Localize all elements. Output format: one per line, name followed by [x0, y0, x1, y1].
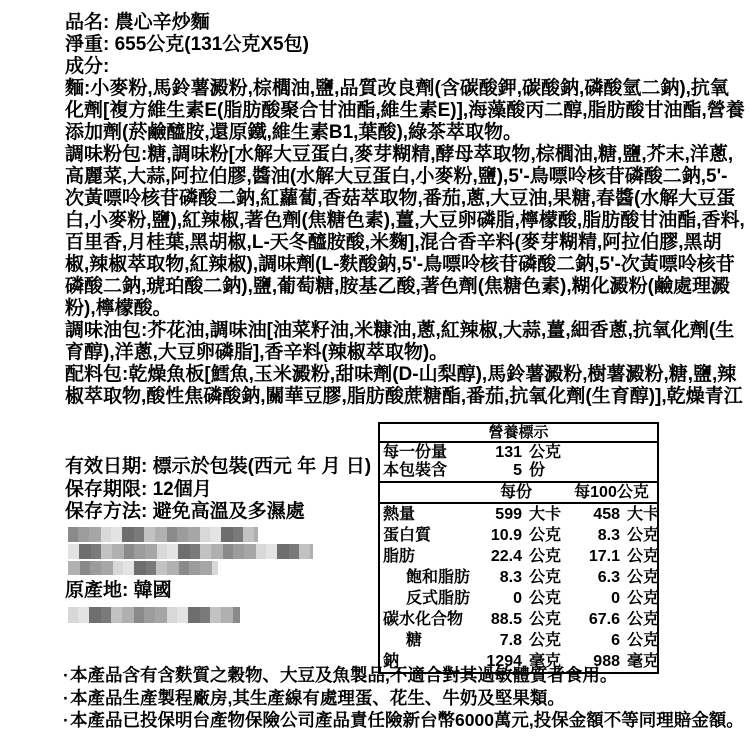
bullet-dot: ·	[63, 664, 70, 687]
notice-text: 本產品已投保明台產物保險公司產品責任險新台幣6000萬元,投保金額不等同理賠金額…	[70, 710, 744, 730]
per-serving-value: 10.9	[466, 525, 522, 546]
product-label-page: 品名: 農心辛炒麵 淨重: 655公克(131公克X5包) 成分: 麵:小麥粉,…	[0, 0, 750, 750]
nutrient-label: 脂肪	[380, 546, 466, 567]
nutrition-row: 熱量599大卡458大卡	[380, 504, 657, 525]
notices-section: ·本產品含有含麩質之穀物、大豆及魚製品,不適合對其過敏體質者食用。·本產品生產製…	[63, 664, 744, 732]
ingredient-text-line: 白,小麥粉,鹽),紅辣椒,著色劑(焦糖色素),薑,大豆卵磷脂,檸檬酸,脂肪酸甘油…	[65, 210, 745, 232]
notice-line: ·本產品已投保明台產物保險公司產品責任險新台幣6000萬元,投保金額不等同理賠金…	[63, 709, 744, 732]
ingredient-text-line: 化劑[複方維生素E(脂肪酸聚合甘油酯,維生素E)],海藻酸丙二醇,脂肪酸甘油酯,…	[65, 100, 745, 122]
mosaic-cell	[212, 561, 218, 575]
mosaic-cell	[179, 561, 189, 575]
serving-info-block: 每一份量131公克本包裝含5份	[380, 443, 657, 483]
column-header-per-serving: 每份	[466, 483, 566, 502]
bullet-dot: ·	[63, 709, 70, 732]
mosaic-cell	[200, 527, 210, 542]
mosaic-cell	[244, 544, 256, 559]
per-100g-value: 0	[566, 588, 620, 609]
mosaic-cell	[111, 527, 122, 542]
mosaic-cell	[167, 527, 177, 542]
ingredient-text-line: 椒萃取物,酸性焦磷酸鈉,關華豆膠,脂肪酸蔗糖酯,番茄,抗氧化劑(生育醇)],乾燥…	[65, 386, 745, 408]
serving-info-row: 本包裝含5份	[380, 462, 657, 480]
mosaic-cell	[210, 607, 221, 623]
mosaic-cell	[89, 527, 101, 542]
mosaic-cell	[289, 544, 299, 559]
ingredients-section: 品名: 農心辛炒麵 淨重: 655公克(131公克X5包) 成分: 麵:小麥粉,…	[65, 12, 745, 408]
mosaic-cell	[256, 544, 266, 559]
mosaic-cell	[167, 544, 178, 559]
per-serving-unit: 大卡	[522, 504, 566, 525]
ingredient-text-line: 百里香,月桂葉,黑胡椒,L-天冬醯胺酸,米麴],混合香辛料(麥芽糊精,阿拉伯膠,…	[65, 232, 745, 254]
redacted-text-block	[68, 607, 240, 623]
serving-info-row: 每一份量131公克	[380, 444, 657, 462]
serving-value: 131	[466, 444, 522, 462]
mosaic-cell	[200, 561, 212, 575]
nutrient-label: 蛋白質	[380, 525, 466, 546]
mosaic-cell	[188, 607, 200, 623]
per-serving-unit: 公克	[522, 609, 566, 630]
product-name-line: 品名: 農心辛炒麵	[65, 12, 745, 34]
storage-method-line: 保存方法: 避免高溫及多濕處	[65, 501, 371, 524]
mosaic-cell	[178, 544, 190, 559]
nutrition-row: 蛋白質10.9公克8.3公克	[380, 525, 657, 546]
mosaic-cell	[122, 527, 134, 542]
ingredient-text-line: 育醇),洋蔥,大豆卵磷脂],香辛料(辣椒萃取物)。	[65, 342, 745, 364]
mosaic-cell	[144, 527, 155, 542]
nutrition-facts-table: 營養標示 每一份量131公克本包裝含5份 每份 每100公克 熱量599大卡45…	[378, 422, 659, 674]
nutrient-label: 飽和脂肪	[380, 567, 466, 588]
nutrient-label: 反式脂肪	[380, 588, 466, 609]
per-100g-unit: 大卡	[620, 504, 657, 525]
mosaic-cell	[211, 544, 223, 559]
mosaic-cell	[68, 607, 78, 623]
notice-text: 本產品生產製程廠房,其生產線有處理蛋、花生、牛奶及堅果類。	[70, 688, 565, 708]
mosaic-cell	[233, 527, 243, 542]
serving-unit: 份	[522, 462, 566, 480]
per-serving-unit: 公克	[522, 630, 566, 651]
mosaic-cell	[167, 561, 179, 575]
serving-label: 本包裝含	[380, 462, 466, 480]
redacted-text-block	[68, 561, 218, 575]
ingredient-text-line: 添加劑(菸鹼醯胺,還原鐵,維生素B1,葉酸),綠茶萃取物。	[65, 122, 745, 144]
nutrient-label: 碳水化合物	[380, 609, 466, 630]
per-100g-value: 67.6	[566, 609, 620, 630]
mosaic-cell	[200, 544, 211, 559]
shelf-life-line: 保存期限: 12個月	[65, 479, 371, 502]
per-serving-value: 88.5	[466, 609, 522, 630]
notice-line: ·本產品生產製程廠房,其生產線有處理蛋、花生、牛奶及堅果類。	[63, 687, 744, 710]
mosaic-cell	[101, 544, 112, 559]
mosaic-cell	[101, 527, 111, 542]
mosaic-cell	[101, 561, 113, 575]
nutrient-label: 熱量	[380, 504, 466, 525]
mosaic-cell	[243, 527, 254, 542]
ingredient-lines: 麵:小麥粉,馬鈴薯澱粉,棕櫚油,鹽,品質改良劑(含碳酸鉀,碳酸鈉,磷酸氫二鈉),…	[65, 78, 745, 408]
ingredient-text-line: 次黃嘌呤核苷磷酸二鈉,紅蘿蔔,香菇萃取物,番茄,蔥,大豆油,果糖,春醬(水解大豆…	[65, 188, 745, 210]
mosaic-cell	[134, 561, 146, 575]
mosaic-cell	[91, 544, 101, 559]
per-serving-unit: 公克	[522, 525, 566, 546]
per-serving-unit: 公克	[522, 588, 566, 609]
mosaic-cell	[145, 544, 157, 559]
per-100g-unit: 公克	[620, 609, 657, 630]
notice-line: ·本產品含有含麩質之穀物、大豆及魚製品,不適合對其過敏體質者食用。	[63, 664, 744, 687]
storage-info-section: 有效日期: 標示於包裝(西元 年 月 日) 保存期限: 12個月 保存方法: 避…	[65, 456, 371, 623]
serving-value: 5	[466, 462, 522, 480]
serving-unit: 公克	[522, 444, 566, 462]
mosaic-cell	[79, 544, 91, 559]
nutrition-row: 反式脂肪0公克0公克	[380, 588, 657, 609]
mosaic-cell	[78, 607, 89, 623]
mosaic-cell	[157, 544, 167, 559]
mosaic-cell	[80, 561, 90, 575]
origin-line: 原產地: 韓國	[65, 580, 371, 603]
serving-label: 每一份量	[380, 444, 466, 462]
mosaic-cell	[122, 607, 134, 623]
mosaic-cell	[113, 561, 123, 575]
mosaic-cell	[188, 527, 200, 542]
ingredients-heading: 成分:	[65, 56, 745, 78]
per-serving-value: 8.3	[466, 567, 522, 588]
bullet-dot: ·	[63, 687, 70, 710]
nutrition-row: 飽和脂肪8.3公克6.3公克	[380, 567, 657, 588]
mosaic-cell	[89, 607, 101, 623]
nutrition-title: 營養標示	[380, 424, 657, 443]
mosaic-cell	[167, 607, 177, 623]
ingredient-text-line: 粉),檸檬酸。	[65, 298, 745, 320]
mosaic-cell	[78, 527, 89, 542]
redacted-text-block	[68, 544, 313, 559]
mosaic-cell	[189, 561, 200, 575]
per-serving-value: 7.8	[466, 630, 522, 651]
mosaic-cell	[90, 561, 101, 575]
per-100g-value: 458	[566, 504, 620, 525]
mosaic-cell	[299, 544, 310, 559]
ingredient-text-line: 調味粉包:糖,調味粉[水解大豆蛋白,麥芽糊精,酵母萃取物,棕櫚油,糖,鹽,芥末,…	[65, 144, 745, 166]
net-weight-line: 淨重: 655公克(131公克X5包)	[65, 34, 745, 56]
per-serving-value: 0	[466, 588, 522, 609]
mosaic-cell	[190, 544, 200, 559]
nutrition-row: 碳水化合物88.5公克67.6公克	[380, 609, 657, 630]
mosaic-cell	[177, 607, 188, 623]
mosaic-cell	[134, 527, 144, 542]
mosaic-cell	[155, 527, 167, 542]
mosaic-cell	[101, 607, 111, 623]
nutrient-label: 糖	[380, 630, 466, 651]
ingredient-text-line: 椒,辣椒萃取物,紅辣椒),調味劑(L-麩酸鈉,5'-鳥嘌呤核苷磷酸二鈉,5'-次…	[65, 254, 745, 276]
per-serving-unit: 公克	[522, 567, 566, 588]
mosaic-cell	[124, 544, 134, 559]
redacted-text-block	[68, 527, 258, 542]
nutrition-row: 脂肪22.4公克17.1公克	[380, 546, 657, 567]
per-serving-value: 22.4	[466, 546, 522, 567]
per-100g-unit: 公克	[620, 630, 657, 651]
mosaic-cell	[155, 607, 167, 623]
per-100g-unit: 公克	[620, 546, 657, 567]
mosaic-cell	[134, 607, 144, 623]
ingredient-text-line: 調味油包:芥花油,調味油[油菜籽油,米糠油,蔥,紅辣椒,大蒜,薑,細香蔥,抗氧化…	[65, 320, 745, 342]
mosaic-cell	[68, 527, 78, 542]
mosaic-cell	[221, 607, 233, 623]
per-serving-value: 599	[466, 504, 522, 525]
per-100g-unit: 公克	[620, 588, 657, 609]
per-100g-value: 6	[566, 630, 620, 651]
nutrition-column-headers: 每份 每100公克	[380, 483, 657, 504]
mosaic-cell	[68, 544, 79, 559]
mosaic-cell	[134, 544, 145, 559]
mosaic-cell	[266, 544, 277, 559]
per-serving-unit: 公克	[522, 546, 566, 567]
nutrition-rows: 熱量599大卡458大卡蛋白質10.9公克8.3公克脂肪22.4公克17.1公克…	[380, 504, 657, 672]
mosaic-cell	[144, 607, 155, 623]
mosaic-cell	[310, 544, 313, 559]
mosaic-cell	[177, 527, 188, 542]
ingredient-text-line: 配料包:乾燥魚板[鱈魚,玉米澱粉,甜味劑(D-山梨醇),馬鈴薯澱粉,樹薯澱粉,糖…	[65, 364, 745, 386]
per-100g-value: 17.1	[566, 546, 620, 567]
per-100g-unit: 公克	[620, 525, 657, 546]
column-header-per-100g: 每100公克	[566, 483, 657, 502]
ingredient-text-line: 高麗菜,大蒜,阿拉伯膠,醬油(水解大豆蛋白,小麥粉,鹽),5'-鳥嘌呤核苷磷酸二…	[65, 166, 745, 188]
mosaic-cell	[233, 607, 240, 623]
mosaic-cell	[233, 544, 244, 559]
mosaic-cell	[111, 607, 122, 623]
mosaic-cell	[210, 527, 221, 542]
nutrition-row: 糖7.8公克6公克	[380, 630, 657, 651]
mosaic-cell	[223, 544, 233, 559]
mosaic-cell	[146, 561, 156, 575]
mosaic-cell	[156, 561, 167, 575]
mosaic-cell	[123, 561, 134, 575]
mosaic-cell	[112, 544, 124, 559]
ingredient-text-line: 磷酸二鈉,琥珀酸二鈉),鹽,葡萄糖,胺基乙酸,著色劑(焦糖色素),糊化澱粉(鹼處…	[65, 276, 745, 298]
mosaic-cell	[277, 544, 289, 559]
notice-text: 本產品含有含麩質之穀物、大豆及魚製品,不適合對其過敏體質者食用。	[70, 665, 617, 685]
mosaic-cell	[254, 527, 258, 542]
expiry-date-line: 有效日期: 標示於包裝(西元 年 月 日)	[65, 456, 371, 479]
ingredient-text-line: 麵:小麥粉,馬鈴薯澱粉,棕櫚油,鹽,品質改良劑(含碳酸鉀,碳酸鈉,磷酸氫二鈉),…	[65, 78, 745, 100]
per-100g-unit: 公克	[620, 567, 657, 588]
mosaic-cell	[68, 561, 80, 575]
mosaic-cell	[221, 527, 233, 542]
mosaic-cell	[200, 607, 210, 623]
per-100g-value: 8.3	[566, 525, 620, 546]
per-100g-value: 6.3	[566, 567, 620, 588]
